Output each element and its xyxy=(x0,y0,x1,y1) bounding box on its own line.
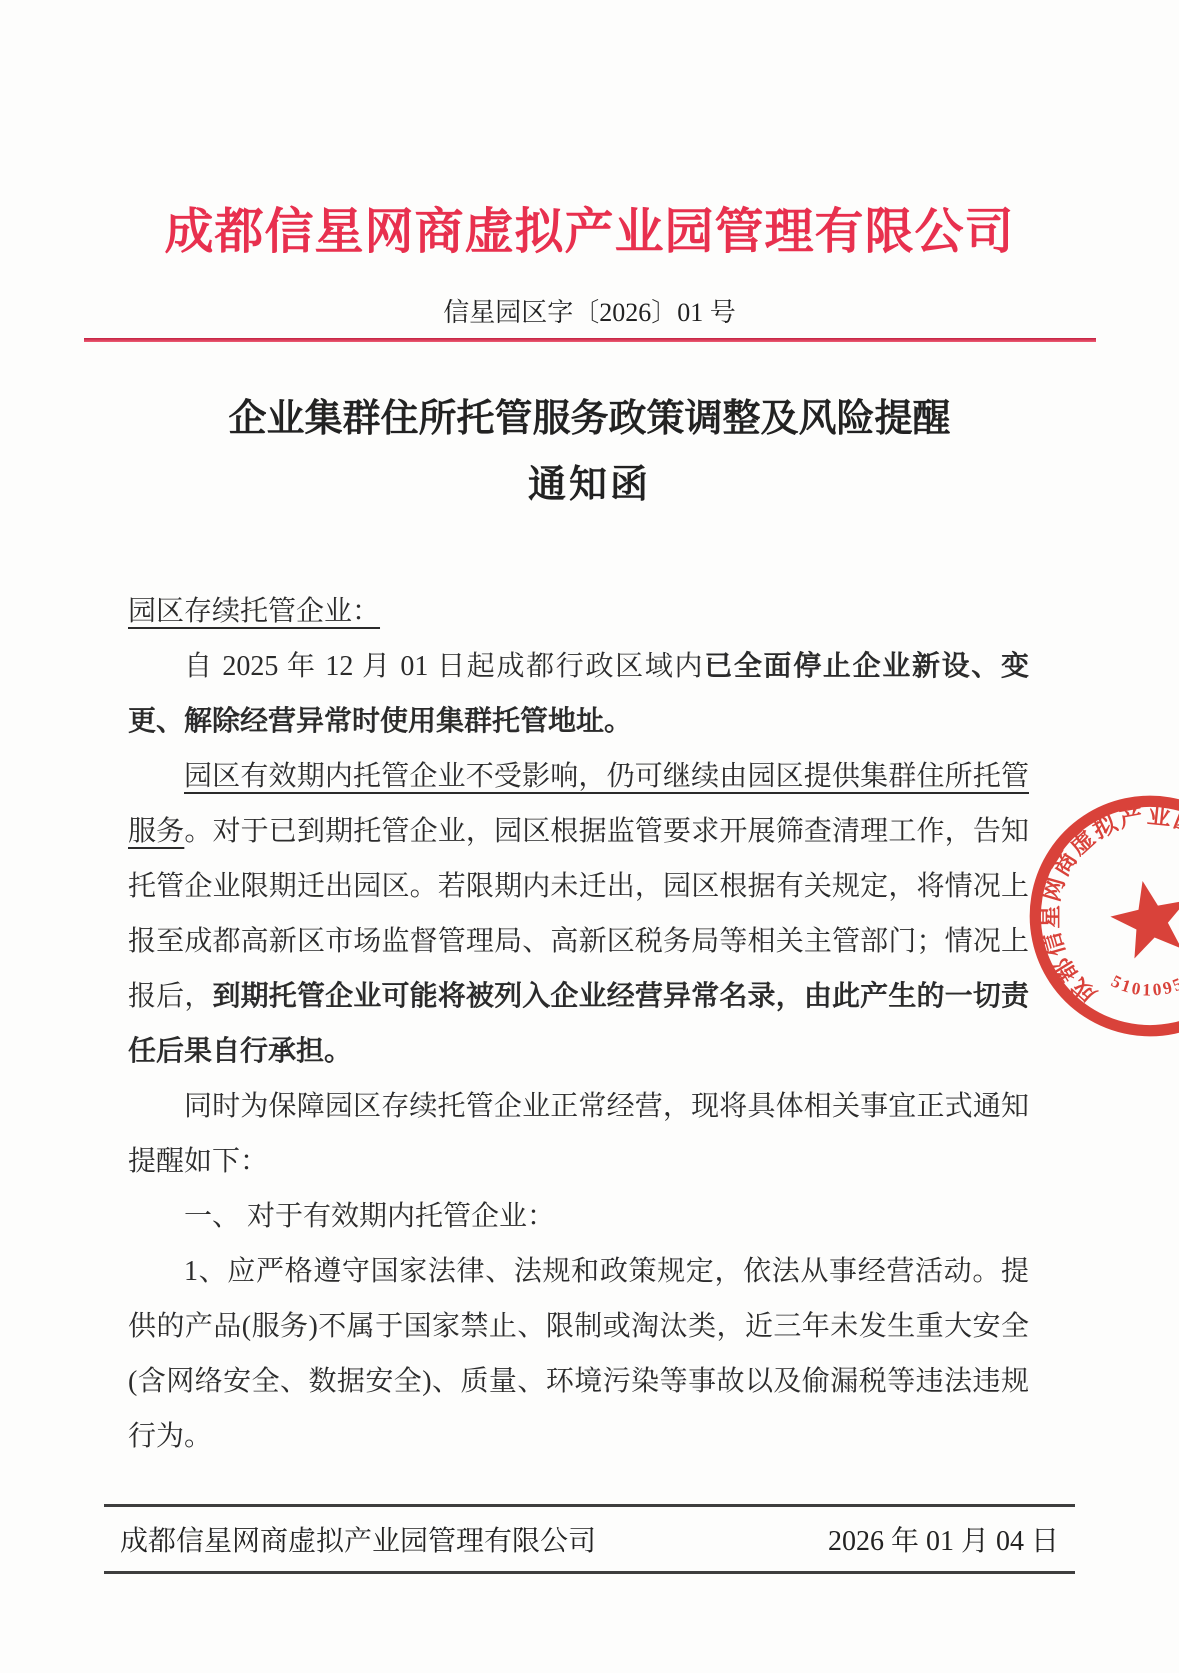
scanned-notice-page: 成都信星网商虚拟产业园管理有限公司 信星园区字〔2026〕01 号 企业集群住所… xyxy=(0,0,1179,1673)
text-segment: 一、 对于有效期内托管企业： xyxy=(184,1201,555,1232)
text-segment: 同时为保障园区存续托管企业正常经营，现将具体相关事宜正式通知提醒如下： xyxy=(128,1091,1029,1177)
paragraph: 1、应严格遵守国家法律、法规和政策规定，依法从事经营活动。提供的产品(服务)不属… xyxy=(128,1244,1029,1464)
text-segment: 到期托管企业可能将被列入企业经营异常名录，由此产生的一切责任后果自行承担。 xyxy=(128,981,1029,1067)
text-segment: 园区存续托管企业： xyxy=(128,596,380,627)
paragraph: 园区存续托管企业： xyxy=(128,584,1029,639)
seal-ring-text: 成都信星网商虚拟产业园管理有限公司 xyxy=(1014,780,1179,1020)
seal-ring-text-holder: 成都信星网商虚拟产业园管理有限公司 xyxy=(1014,780,1179,1020)
footer-company-name: 成都信星网商虚拟产业园管理有限公司 xyxy=(120,1519,596,1559)
document-title: 企业集群住所托管服务政策调整及风险提醒 通知函 xyxy=(0,386,1179,518)
footer-bar: 成都信星网商虚拟产业园管理有限公司 2026 年 01 月 04 日 xyxy=(104,1504,1075,1574)
letterhead-company-title: 成都信星网商虚拟产业园管理有限公司 xyxy=(0,0,1179,262)
text-segment: 自 2025 年 12 月 01 日起成都行政区域内 xyxy=(184,651,704,682)
footer-date: 2026 年 01 月 04 日 xyxy=(828,1519,1059,1559)
document-title-line2: 通知函 xyxy=(0,452,1179,518)
paragraph: 同时为保障园区存续托管企业正常经营，现将具体相关事宜正式通知提醒如下： xyxy=(128,1079,1029,1189)
document-body: 园区存续托管企业：自 2025 年 12 月 01 日起成都行政区域内已全面停止… xyxy=(128,584,1029,1464)
seal-code-digits: 51010950 xyxy=(1105,955,1179,1010)
document-reference-number: 信星园区字〔2026〕01 号 xyxy=(0,292,1179,329)
paragraph: 园区有效期内托管企业不受影响，仍可继续由园区提供集群住所托管服务。对于已到期托管… xyxy=(128,749,1029,1079)
letterhead-divider-line xyxy=(84,338,1096,342)
document-title-line1: 企业集群住所托管服务政策调整及风险提醒 xyxy=(0,386,1179,452)
text-segment: 1、应严格遵守国家法律、法规和政策规定，依法从事经营活动。提供的产品(服务)不属… xyxy=(128,1256,1029,1452)
seal-star-icon xyxy=(1104,873,1179,962)
paragraph: 一、 对于有效期内托管企业： xyxy=(128,1189,1029,1244)
seal-code-holder: 51010950 xyxy=(1105,955,1179,1010)
paragraph: 自 2025 年 12 月 01 日起成都行政区域内已全面停止企业新设、变更、解… xyxy=(128,639,1029,749)
seal-ring xyxy=(1014,780,1179,1052)
